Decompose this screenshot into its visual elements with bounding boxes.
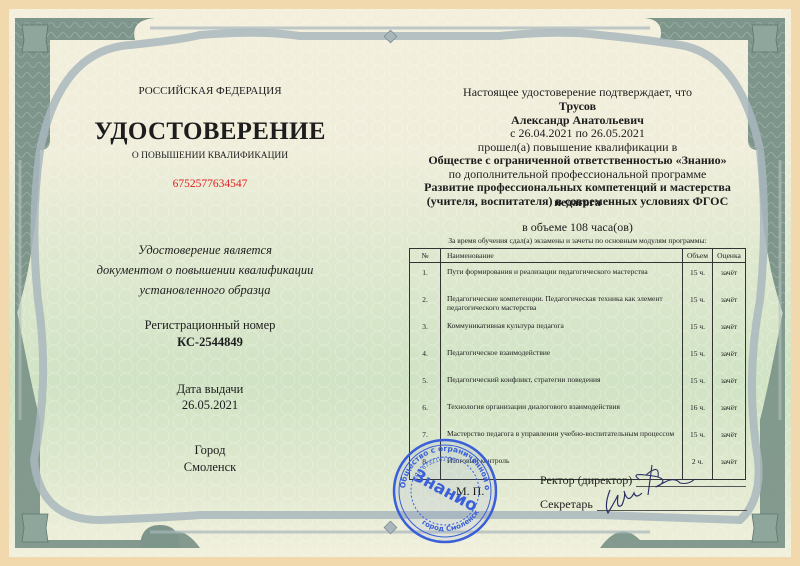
- module-hours: 15 ч.: [683, 344, 713, 371]
- module-hours: 15 ч.: [683, 371, 713, 398]
- module-grade: зачёт: [713, 452, 746, 479]
- table-row: 5.Педагогический конфликт, стратегии пов…: [410, 371, 746, 398]
- table-row: 4.Педагогическое взаимодействие15 ч.зачё…: [410, 344, 746, 371]
- module-name: Коммуникативная культура педагога: [441, 317, 683, 344]
- module-grade: зачёт: [713, 317, 746, 344]
- registration-label: Регистрационный номер: [100, 318, 320, 333]
- module-grade: зачёт: [713, 344, 746, 371]
- serial-number: 6752577634547: [110, 178, 310, 190]
- column-header-number: №: [410, 249, 441, 263]
- country-label: РОССИЙСКАЯ ФЕДЕРАЦИЯ: [110, 85, 310, 97]
- module-name: Педагогические компетенции. Педагогическ…: [441, 290, 683, 317]
- module-hours: 15 ч.: [683, 317, 713, 344]
- module-name: Педагогическое взаимодействие: [441, 344, 683, 371]
- module-name: Педагогический конфликт, стратегии повед…: [441, 371, 683, 398]
- signature-icon: [600, 455, 710, 520]
- module-hours: 16 ч.: [683, 398, 713, 425]
- row-number: 3.: [410, 317, 441, 344]
- module-hours: 15 ч.: [683, 263, 713, 291]
- row-number: 1.: [410, 263, 441, 291]
- secretary-label: Секретарь: [540, 497, 593, 512]
- module-hours: 15 ч.: [683, 425, 713, 452]
- table-row: 1.Пути формирования и реализации педагог…: [410, 263, 746, 291]
- module-grade: зачёт: [713, 371, 746, 398]
- column-header-grade: Оценка: [713, 249, 746, 263]
- certificate-subtitle: О ПОВЫШЕНИИ КВАЛИФИКАЦИИ: [110, 151, 310, 161]
- issue-date: 26.05.2021: [100, 398, 320, 413]
- certificate-description: Удостоверение является документом о повы…: [80, 240, 330, 300]
- module-grade: зачёт: [713, 290, 746, 317]
- row-number: 2.: [410, 290, 441, 317]
- description-line: установленного образца: [80, 280, 330, 300]
- module-grade: зачёт: [713, 425, 746, 452]
- table-row: 6.Технология организации диалогового вза…: [410, 398, 746, 425]
- organization-name: Обществе с ограниченной ответственностью…: [400, 153, 755, 168]
- row-number: 6.: [410, 398, 441, 425]
- module-grade: зачёт: [713, 398, 746, 425]
- column-header-hours: Объем: [683, 249, 713, 263]
- city-value: Смоленск: [100, 460, 320, 475]
- table-row: 2.Педагогические компетенции. Педагогиче…: [410, 290, 746, 317]
- description-line: Удостоверение является: [80, 240, 330, 260]
- issue-date-label: Дата выдачи: [100, 382, 320, 397]
- module-hours: 15 ч.: [683, 290, 713, 317]
- module-name: Технология организации диалогового взаим…: [441, 398, 683, 425]
- table-row: 3.Коммуникативная культура педагога15 ч.…: [410, 317, 746, 344]
- holder-surname: Трусов: [400, 99, 755, 114]
- intro-text: Настоящее удостоверение подтверждает, чт…: [400, 85, 755, 100]
- row-number: 5.: [410, 371, 441, 398]
- module-grade: зачёт: [713, 263, 746, 291]
- study-period: с 26.04.2021 по 26.05.2021: [400, 126, 755, 141]
- description-line: документом о повышении квалификации: [80, 260, 330, 280]
- table-header-row: № Наименование Объем Оценка: [410, 249, 746, 263]
- program-title-line: (учителя, воспитателя) в современных усл…: [400, 194, 755, 209]
- certificate-title: УДОСТОВЕРЕНИЕ: [60, 118, 360, 146]
- column-header-name: Наименование: [441, 249, 683, 263]
- city-label: Город: [100, 443, 320, 458]
- program-volume: в объеме 108 часа(ов): [400, 220, 755, 235]
- registration-number: КС-2544849: [100, 335, 320, 350]
- exams-note: За время обучения сдал(а) экзамены и зач…: [400, 236, 755, 245]
- stamp-place-label: М. П.: [456, 484, 484, 499]
- module-name: Пути формирования и реализации педагогич…: [441, 263, 683, 291]
- row-number: 4.: [410, 344, 441, 371]
